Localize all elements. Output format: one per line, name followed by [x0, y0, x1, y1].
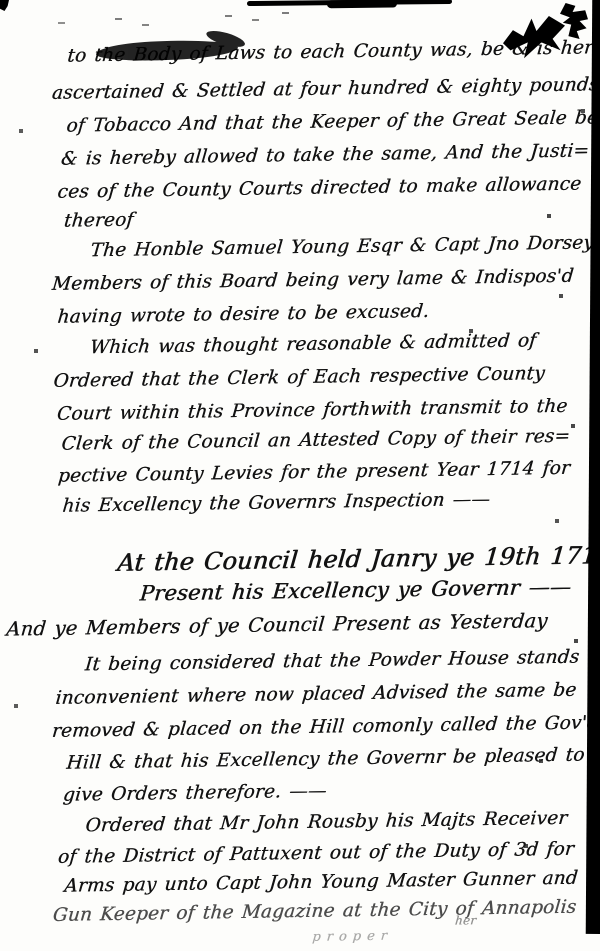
- bleedthrough-fragment: her: [454, 913, 476, 927]
- manuscript-line: Gun Keeper of the Magazine at the City o…: [52, 897, 577, 926]
- manuscript-line: & is hereby allowed to take the same, An…: [60, 140, 590, 169]
- manuscript-line: inconvenient where now placed Advised th…: [55, 680, 578, 709]
- manuscript-line: Court within this Province forthwith tra…: [56, 396, 568, 425]
- session-subheading: Present his Excellency ye Governr ——: [139, 575, 572, 606]
- manuscript-line: Which was thought reasonable & admitted …: [89, 330, 537, 358]
- manuscript-page: to the Body of Laws to each County was, …: [0, 0, 600, 951]
- manuscript-line: It being considered that the Powder Hous…: [84, 646, 600, 676]
- handwritten-text-block: to the Body of Laws to each County was, …: [0, 0, 600, 951]
- bleedthrough-fragment: proper: [312, 929, 394, 945]
- manuscript-line: The Honble Samuel Young Esqr & Capt Jno …: [90, 232, 595, 261]
- manuscript-line: And ye Members of ye Council Present as …: [5, 609, 548, 641]
- manuscript-line: Clerk of the Council an Attested Copy of…: [61, 426, 572, 455]
- manuscript-line: his Excellency the Governrs Inspection —…: [62, 489, 491, 517]
- session-heading: At the Council held Janry ye 19th 1714: [116, 541, 600, 577]
- manuscript-line: of the District of Pattuxent out of the …: [57, 839, 575, 868]
- manuscript-line: thereof: [63, 210, 134, 232]
- pen-tick-marks: [0, 0, 7, 2]
- manuscript-line: Hill & that his Excellency the Governr b…: [66, 745, 586, 774]
- manuscript-line: Ordered that the Clerk of Each respectiv…: [53, 363, 546, 392]
- manuscript-line: removed & placed on the Hill comonly cal…: [51, 712, 600, 742]
- manuscript-line: having wrote to desire to be excused.: [57, 301, 431, 328]
- manuscript-line: of Tobacco And that the Keeper of the Gr…: [66, 107, 599, 136]
- manuscript-line: give Orders therefore. ——: [62, 781, 328, 806]
- manuscript-line: ces of the County Courts directed to mak…: [57, 174, 583, 203]
- manuscript-line: ascertained & Settled at four hundred & …: [51, 74, 599, 104]
- manuscript-line: Arms pay unto Capt John Young Master Gun…: [63, 868, 578, 897]
- manuscript-line: Ordered that Mr John Rousby his Majts Re…: [85, 808, 569, 837]
- manuscript-line: Members of this Board being very lame & …: [51, 266, 575, 295]
- manuscript-line: pective County Levies for the present Ye…: [57, 458, 571, 487]
